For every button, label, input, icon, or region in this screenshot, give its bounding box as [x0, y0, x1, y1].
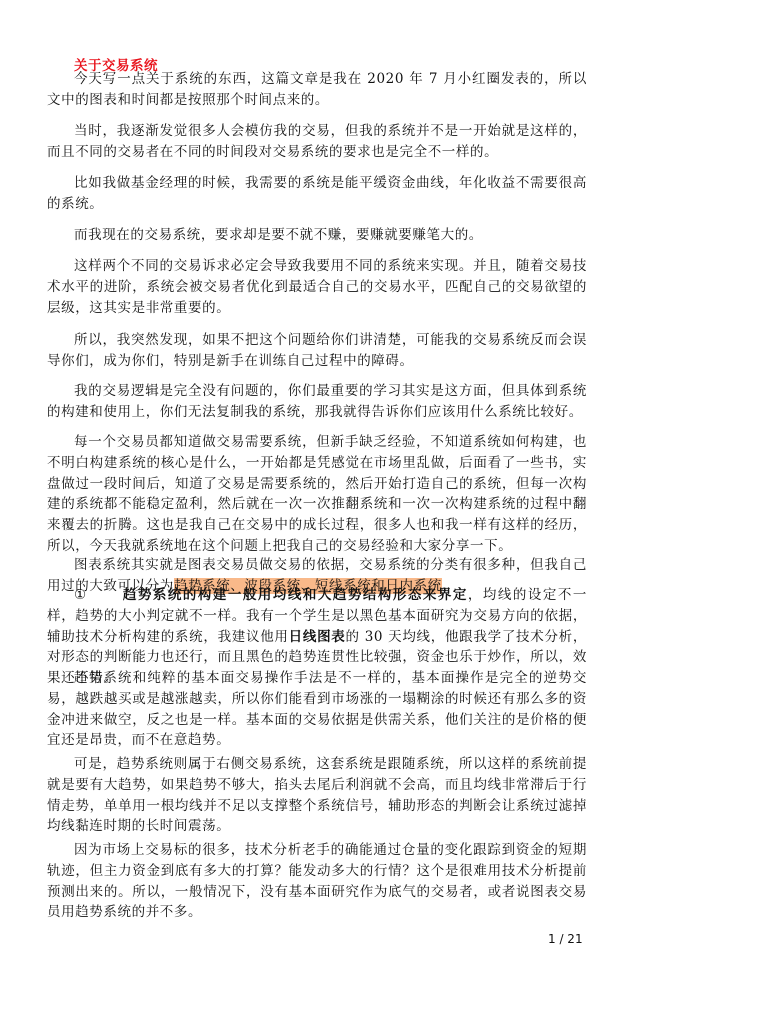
paragraph-6: 所以，我突然发现，如果不把这个问题给你们讲清楚，可能我的交易系统反而会误导你们，…	[47, 330, 587, 372]
paragraph-7: 我的交易逻辑是完全没有问题的，你们最重要的学习其实是这方面，但具体到系统的构建和…	[47, 381, 587, 423]
paragraph-3: 比如我做基金经理的时候，我需要的系统是能平缓资金曲线，年化收益不需要很高的系统。	[47, 173, 587, 215]
paragraph-10: 趋势系统和纯粹的基本面交易操作手法是不一样的，基本面操作是完全的逆势交易，越跌越…	[47, 668, 587, 751]
trend-bold-lead: 趋势系统的构建一般用均线和大趋势结构形态来界定	[122, 587, 468, 603]
list-marker: ①	[74, 585, 122, 606]
paragraph-5: 这样两个不同的交易诉求必定会导致我要用不同的系统来实现。并且，随着交易技术水平的…	[47, 256, 587, 318]
paragraph-2: 当时，我逐渐发觉很多人会模仿我的交易，但我的系统并不是一开始就是这样的，而且不同…	[47, 121, 587, 163]
paragraph-11: 可是，趋势系统则属于右侧交易系统，这套系统是跟随系统，所以这样的系统前提就是要有…	[47, 754, 587, 837]
trend-bold-daily-chart: 日线图表	[289, 629, 346, 645]
paragraph-1: 今天写一点关于系统的东西，这篇文章是我在 2020 年 7 月小红圈发表的，所以…	[47, 69, 587, 111]
paragraph-8: 每一个交易员都知道做交易需要系统，但新手缺乏经验，不知道系统如何构建，也不明白构…	[47, 432, 587, 557]
paragraph-4: 而我现在的交易系统，要求却是要不就不赚，要赚就要赚笔大的。	[47, 225, 587, 246]
paragraph-12: 因为市场上交易标的很多，技术分析老手的确能通过仓量的变化跟踪到资金的短期轨迹，但…	[47, 840, 587, 923]
page-indicator: 1 / 21	[548, 932, 583, 946]
